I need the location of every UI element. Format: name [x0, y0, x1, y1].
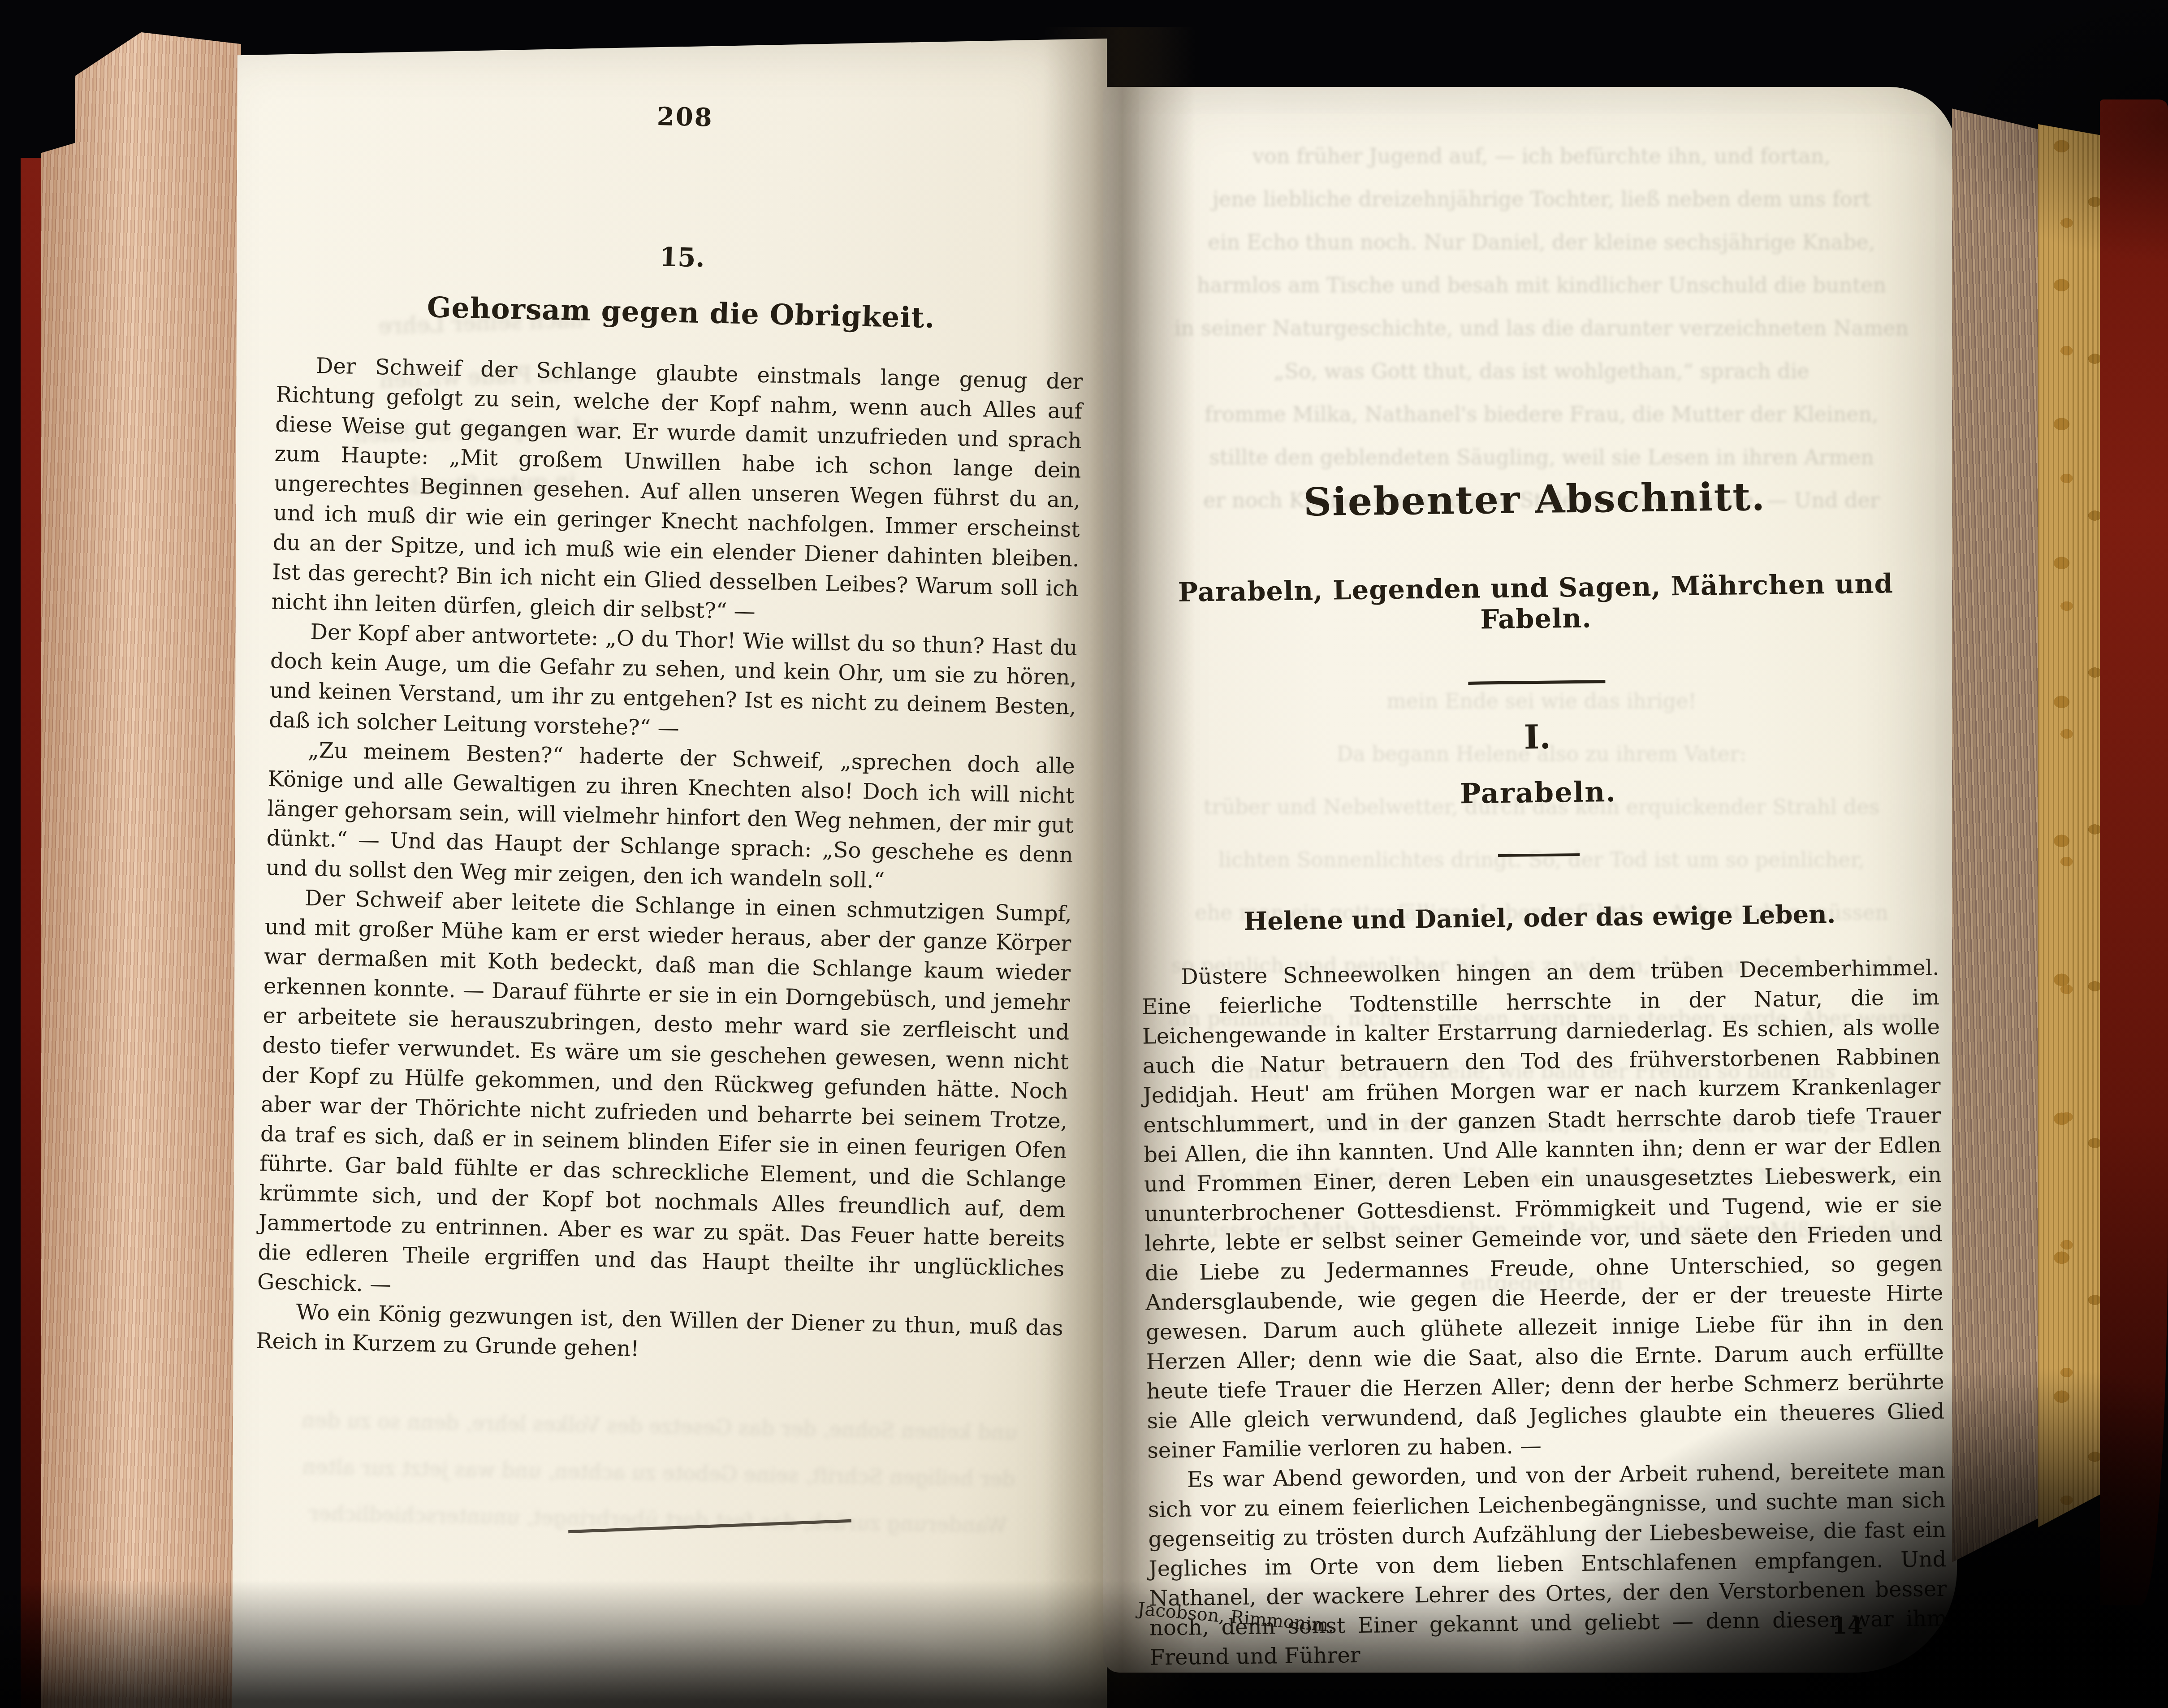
book-cover-right-edge: [2100, 99, 2168, 1605]
paragraph: Der Schweif aber leitete die Schlange in…: [257, 882, 1072, 1313]
divider-rule-2: [1498, 853, 1580, 857]
fable-title: Gehorsam gegen die Obrigkeit.: [277, 287, 1084, 337]
sheet-number: 14: [1832, 1613, 1863, 1639]
fable-number: 15.: [279, 233, 1086, 281]
left-page-content: 208 15. Gehorsam gegen die Obrigkeit. De…: [256, 94, 1089, 1372]
section-heading: Siebenter Abschnitt.: [1136, 472, 1934, 527]
divider-rule-1: [1468, 680, 1605, 685]
page-block-fore-edge-right: [1952, 97, 2050, 1562]
section-subtitle: Parabeln, Legenden und Sagen, Mährchen u…: [1136, 567, 1935, 639]
book-photo: nach seiner Lehrevom Pfade wichenund er …: [0, 0, 2168, 1708]
paragraph: Es war Abend geworden, und von der Arbei…: [1148, 1456, 1948, 1673]
subsection-numeral: I.: [1138, 713, 1936, 761]
story-title: Helene und Daniel, oder das ewige Leben.: [1140, 898, 1939, 938]
paragraph: Der Schweif der Schlange glaubte einstma…: [271, 350, 1083, 633]
paragraph: Der Kopf aber antwortete: „O du Thor! Wi…: [269, 616, 1078, 752]
subsection-title: Parabeln.: [1139, 771, 1937, 814]
page-block-fore-edge-left: [41, 32, 241, 1708]
left-page-paragraphs: Der Schweif der Schlange glaubte einstma…: [256, 350, 1084, 1372]
right-page-paragraphs: Düstere Schneewolken hingen an dem trübe…: [1141, 953, 1948, 1673]
right-page-blank-top: [1131, 104, 1933, 469]
right-page-content: Siebenter Abschnitt. Parabeln, Legenden …: [1131, 104, 1948, 1672]
paragraph: „Zu meinem Besten?“ haderte der Schweif,…: [266, 735, 1075, 899]
paragraph: Düstere Schneewolken hingen an dem trübe…: [1141, 953, 1945, 1466]
